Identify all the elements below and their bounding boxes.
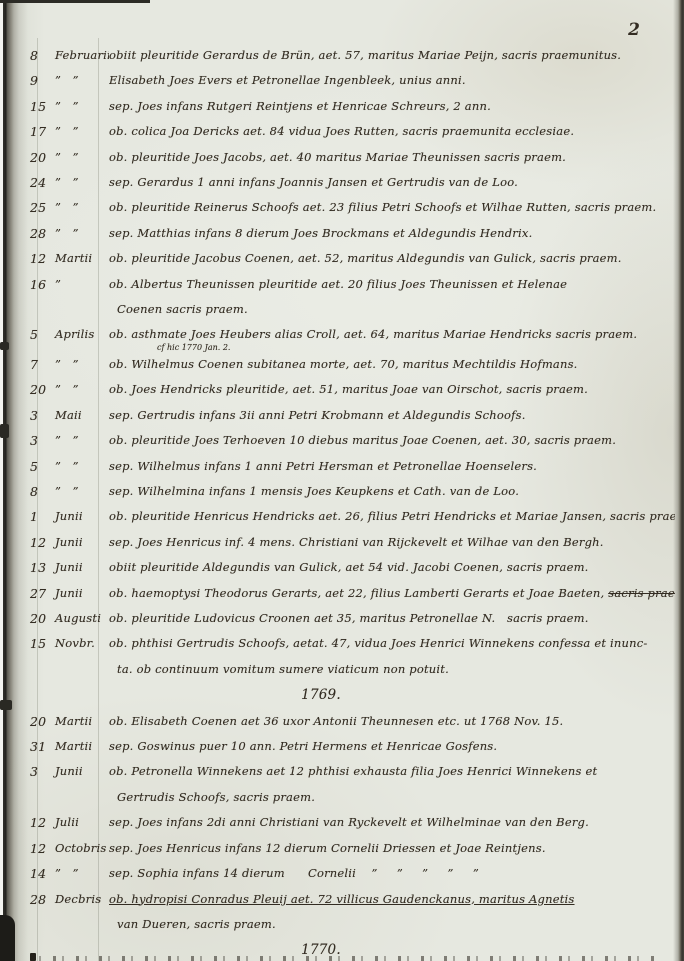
- entry-day: 31: [27, 734, 53, 759]
- entry-text-main: ob. pleuritide Henricus Hendricks aet. 2…: [109, 509, 675, 523]
- entry-month: ” ”: [53, 145, 109, 170]
- binding-edge: [0, 0, 28, 961]
- entry-day: 20: [27, 377, 53, 402]
- entry-day: 14: [27, 861, 53, 886]
- entry-month: ” ”: [53, 68, 109, 93]
- entry-day: 12: [27, 836, 53, 861]
- entry-month: Maii: [53, 403, 109, 428]
- register-entry: 16 ” ob. Albertus Theunissen pleuritide …: [27, 272, 675, 323]
- register-entry: 1 Junii ob. pleuritide Henricus Hendrick…: [27, 504, 675, 529]
- register-entry: 15 Novbr. ob. phthisi Gertrudis Schoofs,…: [27, 631, 675, 682]
- entry-day: 27: [27, 581, 53, 606]
- entry-text: sep. Joes infans Rutgeri Reintjens et He…: [109, 94, 675, 119]
- entry-text: ob. pleuritide Ludovicus Croonen aet 35,…: [109, 606, 675, 631]
- register-entry: 17 ” ” ob. colica Joa Dericks aet. 84 vi…: [27, 119, 675, 144]
- register-entry: 28 Decbris ob. hydropisi Conradus Pleuij…: [27, 887, 675, 938]
- entry-month: Februarii: [53, 43, 109, 68]
- entry-month: Novbr.: [53, 631, 109, 682]
- entry-month: ” ”: [53, 195, 109, 220]
- entry-text: sep. Matthias infans 8 dierum Joes Brock…: [109, 221, 675, 246]
- entry-text: obiit pleuritide Aldegundis van Gulick, …: [109, 555, 675, 580]
- entry-day: 16: [27, 272, 53, 323]
- entry-day: 3: [27, 428, 53, 453]
- entry-day: 17: [27, 119, 53, 144]
- entry-day: 1: [27, 504, 53, 529]
- entry-month: Junii: [53, 581, 109, 606]
- entry-month: Octobris: [53, 836, 109, 861]
- register-entry: 12 Julii sep. Joes infans 2di anni Chris…: [27, 810, 675, 835]
- entry-day: 7: [27, 352, 53, 377]
- entry-month: ” ”: [53, 428, 109, 453]
- cutoff-next-line: [30, 956, 654, 961]
- entry-text: ob. haemoptysi Theodorus Gerarts, aet 22…: [109, 581, 675, 606]
- margin-ink-mark: [0, 424, 9, 438]
- register-entry: 8 Februarii obiit pleuritide Gerardus de…: [27, 43, 675, 68]
- entry-day: 25: [27, 195, 53, 220]
- entry-month: ” ”: [53, 352, 109, 377]
- entry-text-main: obiit pleuritide Aldegundis van Gulick, …: [109, 560, 589, 574]
- entry-month: Julii: [53, 810, 109, 835]
- entry-day: 24: [27, 170, 53, 195]
- entry-text-main: sep. Gerardus 1 anni infans Joannis Jans…: [109, 175, 518, 189]
- register-entry: 20 Martii ob. Elisabeth Coenen aet 36 ux…: [27, 709, 675, 734]
- entry-text-main: sep. Joes Henricus infans 12 dierum Corn…: [109, 841, 546, 855]
- register-entry: 14 ” ” sep. Sophia infans 14 dierum Corn…: [27, 861, 675, 886]
- entry-text: sep. Sophia infans 14 dierum Cornelii ” …: [109, 861, 675, 886]
- entry-text-continuation: Gertrudis Schoofs, sacris praem.: [109, 785, 675, 810]
- entry-text: ob. pleuritide Joes Terhoeven 10 diebus …: [109, 428, 675, 453]
- entry-text: ob. asthmate Joes Heubers alias Croll, a…: [109, 322, 675, 351]
- entry-text-continuation: ta. ob continuum vomitum sumere viaticum…: [109, 657, 675, 682]
- entry-text: sep. Wilhelmus infans 1 anni Petri Hersm…: [109, 454, 675, 479]
- entry-month: ” ”: [53, 454, 109, 479]
- entry-text-main: ob. pleuritide Ludovicus Croonen aet 35,…: [109, 611, 589, 625]
- entry-text-main: sep. Joes infans Rutgeri Reintjens et He…: [109, 99, 491, 113]
- entry-text-main: ob. pleuritide Reinerus Schoofs aet. 23 …: [109, 200, 656, 214]
- entry-text-main: ob. Elisabeth Coenen aet 36 uxor Antonii…: [109, 714, 563, 728]
- register-entry: 8 ” ” sep. Wilhelmina infans 1 mensis Jo…: [27, 479, 675, 504]
- entry-text-continuation: Coenen sacris praem.: [109, 297, 675, 322]
- register-entry: 5 Aprilis ob. asthmate Joes Heubers alia…: [27, 322, 675, 351]
- entry-text-main: sep. Sophia infans 14 dierum Cornelii ” …: [109, 866, 479, 880]
- entry-text-main: ob. Joes Hendricks pleuritide, aet. 51, …: [109, 382, 588, 396]
- margin-ink-mark: [0, 342, 9, 350]
- register-entry: 28 ” ” sep. Matthias infans 8 dierum Joe…: [27, 221, 675, 246]
- entry-day: 12: [27, 246, 53, 271]
- entry-day: 8: [27, 479, 53, 504]
- entry-text-main: ob. haemoptysi Theodorus Gerarts, aet 22…: [109, 586, 608, 600]
- entry-text: sep. Joes Henricus inf. 4 mens. Christia…: [109, 530, 675, 555]
- entry-text: ob. Joes Hendricks pleuritide, aet. 51, …: [109, 377, 675, 402]
- entry-text: sep. Gertrudis infans 3ii anni Petri Kro…: [109, 403, 675, 428]
- entry-text: ob. pleuritide Reinerus Schoofs aet. 23 …: [109, 195, 675, 220]
- entry-text-main: ob. pleuritide Jacobus Coenen, aet. 52, …: [109, 251, 622, 265]
- entry-month: ” ”: [53, 861, 109, 886]
- register-entry: 20 ” ” ob. pleuritide Joes Jacobs, aet. …: [27, 145, 675, 170]
- register-entry: 12 Martii ob. pleuritide Jacobus Coenen,…: [27, 246, 675, 271]
- entry-text: ob. hydropisi Conradus Pleuij aet. 72 vi…: [109, 887, 675, 938]
- entry-month: Martii: [53, 709, 109, 734]
- register-entry: 3 Maii sep. Gertrudis infans 3ii anni Pe…: [27, 403, 675, 428]
- entry-text-main: Elisabeth Joes Evers et Petronellae Inge…: [109, 73, 466, 87]
- entry-text: obiit pleuritide Gerardus de Brün, aet. …: [109, 43, 675, 68]
- entry-text: ob. pleuritide Joes Jacobs, aet. 40 mari…: [109, 145, 675, 170]
- register-entry: 3 ” ” ob. pleuritide Joes Terhoeven 10 d…: [27, 428, 675, 453]
- entry-text-main: sep. Matthias infans 8 dierum Joes Brock…: [109, 226, 532, 240]
- entry-day: 3: [27, 759, 53, 810]
- entry-text: ob. colica Joa Dericks aet. 84 vidua Joe…: [109, 119, 675, 144]
- entry-text-main: ob. Wilhelmus Coenen subitanea morte, ae…: [109, 357, 578, 371]
- entry-day: 28: [27, 887, 53, 938]
- entry-text: ob. Petronella Winnekens aet 12 phthisi …: [109, 759, 675, 810]
- entry-day: 3: [27, 403, 53, 428]
- entry-text-main: ob. hydropisi Conradus Pleuij aet. 72 vi…: [109, 892, 575, 906]
- entry-month: ” ”: [53, 479, 109, 504]
- entry-text: ob. pleuritide Jacobus Coenen, aet. 52, …: [109, 246, 675, 271]
- register-entry: 3 Junii ob. Petronella Winnekens aet 12 …: [27, 759, 675, 810]
- entry-text: sep. Goswinus puer 10 ann. Petri Hermens…: [109, 734, 675, 759]
- entry-text: sep. Gerardus 1 anni infans Joannis Jans…: [109, 170, 675, 195]
- entry-month: Junii: [53, 555, 109, 580]
- margin-ink-mark: [0, 700, 12, 710]
- entry-text-main: sep. Goswinus puer 10 ann. Petri Hermens…: [109, 739, 497, 753]
- entry-month: Junii: [53, 759, 109, 810]
- register-page: 2 8 Februarii obiit pleuritide Gerardus …: [0, 0, 684, 961]
- entry-text-main: ob. pleuritide Joes Terhoeven 10 diebus …: [109, 433, 616, 447]
- entry-month: ”: [53, 272, 109, 323]
- page-number: 2: [628, 20, 640, 40]
- entry-text-main: sep. Joes Henricus inf. 4 mens. Christia…: [109, 535, 604, 549]
- register-entry: 9 ” ” Elisabeth Joes Evers et Petronella…: [27, 68, 675, 93]
- entry-month: Martii: [53, 246, 109, 271]
- entry-day: 9: [27, 68, 53, 93]
- entry-month: Junii: [53, 504, 109, 529]
- register-entry: 12 Junii sep. Joes Henricus inf. 4 mens.…: [27, 530, 675, 555]
- entry-text-main: ob. phthisi Gertrudis Schoofs, aetat. 47…: [109, 636, 647, 650]
- entry-text-main: obiit pleuritide Gerardus de Brün, aet. …: [109, 48, 621, 62]
- register-entry: 20 Augusti ob. pleuritide Ludovicus Croo…: [27, 606, 675, 631]
- entry-day: 28: [27, 221, 53, 246]
- register-entry: 20 ” ” ob. Joes Hendricks pleuritide, ae…: [27, 377, 675, 402]
- entry-day: 12: [27, 810, 53, 835]
- entry-text-main: sep. Joes infans 2di anni Christiani van…: [109, 815, 589, 829]
- register-entry: 13 Junii obiit pleuritide Aldegundis van…: [27, 555, 675, 580]
- entry-day: 13: [27, 555, 53, 580]
- entry-month: Augusti: [53, 606, 109, 631]
- entry-month: ” ”: [53, 221, 109, 246]
- entry-day: 20: [27, 709, 53, 734]
- entry-text-main: ob. colica Joa Dericks aet. 84 vidua Joe…: [109, 124, 574, 138]
- page-right-edge: [673, 0, 684, 961]
- entry-text-main: ob. Petronella Winnekens aet 12 phthisi …: [109, 764, 597, 778]
- entry-text: Elisabeth Joes Evers et Petronellae Inge…: [109, 68, 675, 93]
- entry-text-main: sep. Gertrudis infans 3ii anni Petri Kro…: [109, 408, 526, 422]
- entry-day: 15: [27, 631, 53, 682]
- cutoff-next-day-number: [30, 953, 36, 961]
- register-entry: 5 ” ” sep. Wilhelmus infans 1 anni Petri…: [27, 454, 675, 479]
- entry-day: 20: [27, 145, 53, 170]
- entry-day: 12: [27, 530, 53, 555]
- register-entry: 12 Octobris sep. Joes Henricus infans 12…: [27, 836, 675, 861]
- page-top-edge: [0, 0, 150, 3]
- entry-month: ” ”: [53, 119, 109, 144]
- entry-month: Aprilis: [53, 322, 109, 351]
- entry-text-struck: sacris praem.: [608, 586, 675, 600]
- register-entry: 7 ” ” ob. Wilhelmus Coenen subitanea mor…: [27, 352, 675, 377]
- entry-text-main: sep. Wilhelmina infans 1 mensis Joes Keu…: [109, 484, 519, 498]
- entry-text-main: ob. pleuritide Joes Jacobs, aet. 40 mari…: [109, 150, 566, 164]
- entry-text: sep. Joes Henricus infans 12 dierum Corn…: [109, 836, 675, 861]
- entry-text-continuation: van Dueren, sacris praem.: [109, 912, 675, 937]
- entry-text-main: ob. Albertus Theunissen pleuritide aet. …: [109, 277, 567, 291]
- entry-text: ob. phthisi Gertrudis Schoofs, aetat. 47…: [109, 631, 675, 682]
- entry-text: ob. pleuritide Henricus Hendricks aet. 2…: [109, 504, 675, 529]
- register-entry: 31 Martii sep. Goswinus puer 10 ann. Pet…: [27, 734, 675, 759]
- entry-text: ob. Wilhelmus Coenen subitanea morte, ae…: [109, 352, 675, 377]
- entry-text: ob. Elisabeth Coenen aet 36 uxor Antonii…: [109, 709, 675, 734]
- entry-month: Decbris: [53, 887, 109, 938]
- scan-corner-smudge: [0, 915, 15, 961]
- entry-text-main: ob. asthmate Joes Heubers alias Croll, a…: [109, 327, 637, 341]
- entry-day: 5: [27, 322, 53, 351]
- entry-month: ” ”: [53, 377, 109, 402]
- entry-month: Martii: [53, 734, 109, 759]
- entry-marginal-note: cf hic 1770 Jan. 2.: [109, 343, 675, 352]
- entry-text-main: sep. Wilhelmus infans 1 anni Petri Hersm…: [109, 459, 537, 473]
- entry-text: sep. Joes infans 2di anni Christiani van…: [109, 810, 675, 835]
- entry-month: Junii: [53, 530, 109, 555]
- year-heading: 1769.: [27, 682, 675, 709]
- entry-day: 15: [27, 94, 53, 119]
- entry-day: 8: [27, 43, 53, 68]
- entry-month: ” ”: [53, 170, 109, 195]
- entry-text: sep. Wilhelmina infans 1 mensis Joes Keu…: [109, 479, 675, 504]
- entry-text: ob. Albertus Theunissen pleuritide aet. …: [109, 272, 675, 323]
- register-entry: 15 ” ” sep. Joes infans Rutgeri Reintjen…: [27, 94, 675, 119]
- entry-day: 5: [27, 454, 53, 479]
- register-entry: 25 ” ” ob. pleuritide Reinerus Schoofs a…: [27, 195, 675, 220]
- entries-list: 8 Februarii obiit pleuritide Gerardus de…: [27, 43, 675, 961]
- entry-day: 20: [27, 606, 53, 631]
- entry-month: ” ”: [53, 94, 109, 119]
- register-entry: 27 Junii ob. haemoptysi Theodorus Gerart…: [27, 581, 675, 606]
- register-entry: 24 ” ” sep. Gerardus 1 anni infans Joann…: [27, 170, 675, 195]
